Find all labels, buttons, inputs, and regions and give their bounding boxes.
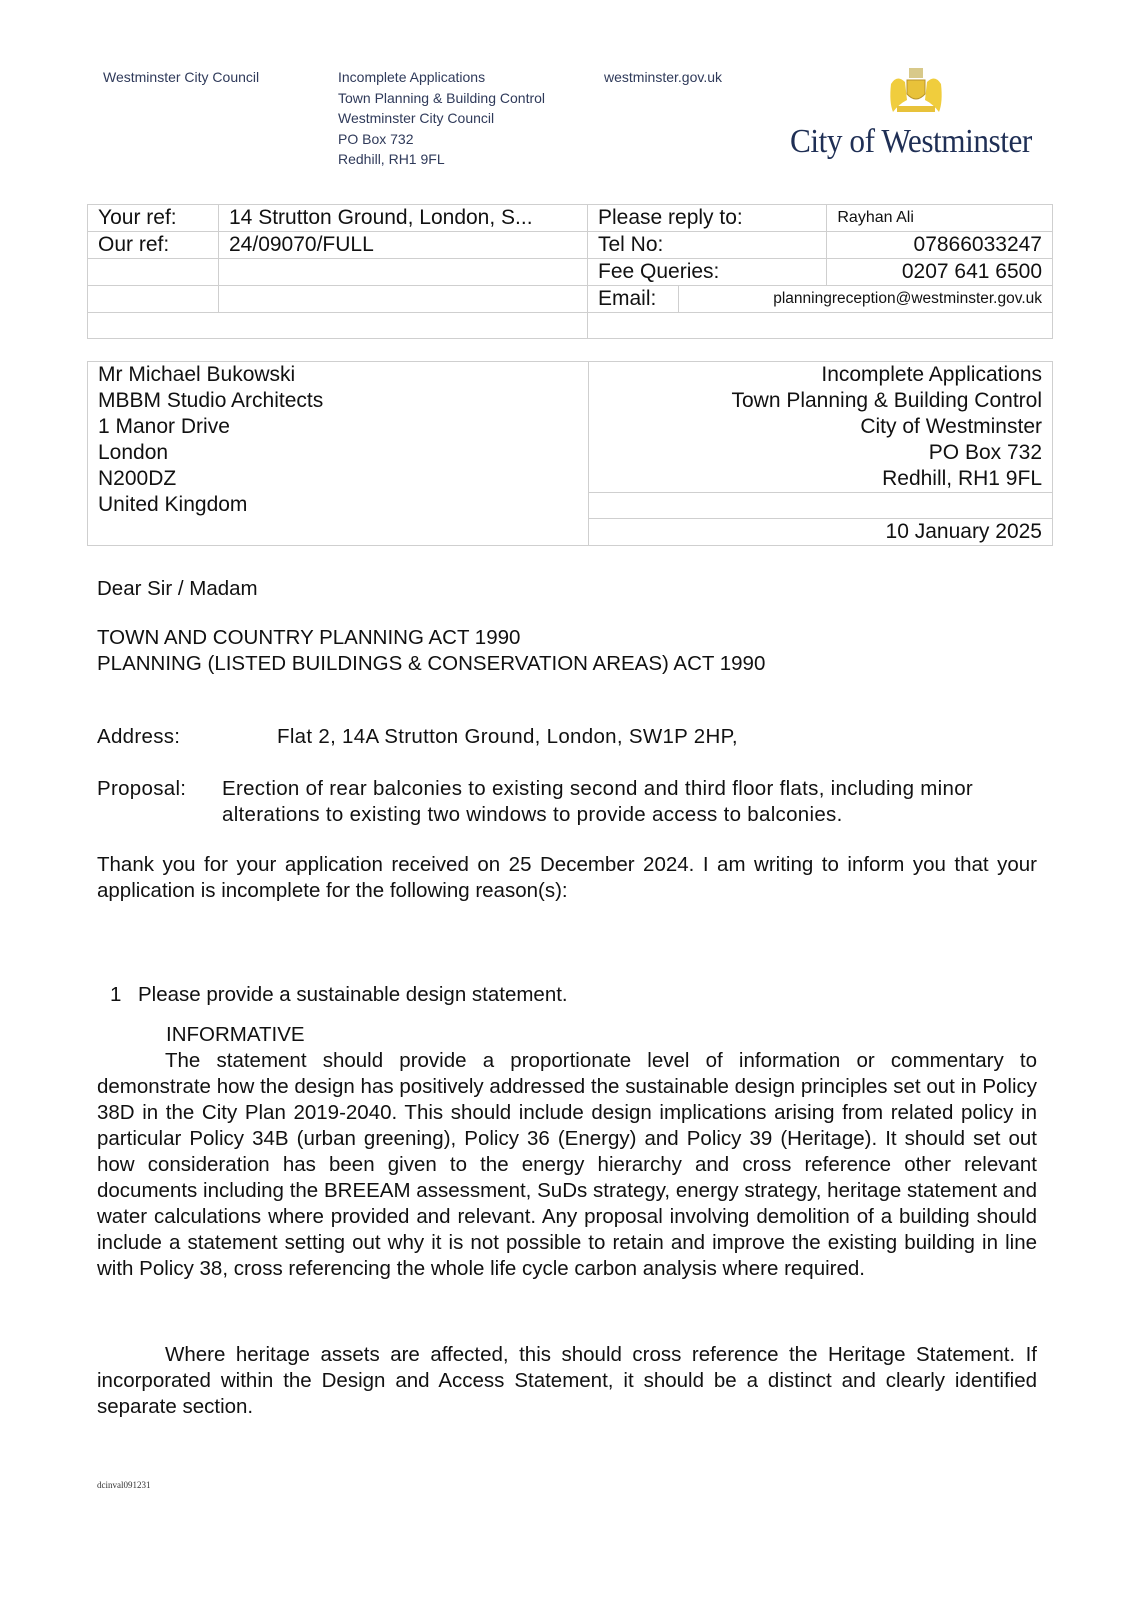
coat-of-arms-icon bbox=[885, 66, 947, 116]
return-address-line: Redhill, RH1 9FL bbox=[338, 149, 545, 170]
your-ref-label: Your ref: bbox=[88, 205, 219, 232]
tel-label: Tel No: bbox=[588, 232, 827, 259]
recipient-line: United Kingdom bbox=[98, 492, 578, 518]
reply-to-label: Please reply to: bbox=[588, 205, 827, 232]
proposal-label: Proposal: bbox=[97, 776, 222, 828]
reason-text: Please provide a sustainable design stat… bbox=[138, 983, 568, 1006]
header-org: Westminster City Council bbox=[103, 67, 259, 88]
email-label: Email: bbox=[588, 286, 679, 313]
recipient-line: London bbox=[98, 440, 578, 466]
recipient-address: Mr Michael Bukowski MBBM Studio Architec… bbox=[88, 362, 589, 546]
letter-date: 10 January 2025 bbox=[589, 519, 1053, 546]
sender-line: Redhill, RH1 9FL bbox=[599, 466, 1042, 492]
reply-to-value: Rayhan Ali bbox=[827, 205, 1053, 232]
recipient-line: N200DZ bbox=[98, 466, 578, 492]
site-address: Address:Flat 2, 14A Strutton Ground, Lon… bbox=[97, 724, 1037, 750]
your-ref-value: 14 Strutton Ground, London, S... bbox=[219, 205, 588, 232]
reason-number: 1 bbox=[110, 982, 138, 1008]
footer-code: dcinval091231 bbox=[97, 1480, 151, 1490]
fee-queries-value: 0207 641 6500 bbox=[827, 259, 1053, 286]
recipient-line: Mr Michael Bukowski bbox=[98, 362, 578, 388]
our-ref-value: 24/09070/FULL bbox=[219, 232, 588, 259]
reason-item: 1Please provide a sustainable design sta… bbox=[110, 982, 1050, 1008]
proposal-value: Erection of rear balconies to existing s… bbox=[222, 776, 1037, 828]
fee-queries-label: Fee Queries: bbox=[588, 259, 827, 286]
proposal: Proposal: Erection of rear balconies to … bbox=[97, 776, 1037, 828]
header-return-address: Incomplete Applications Town Planning & … bbox=[338, 67, 545, 170]
tel-value: 07866033247 bbox=[827, 232, 1053, 259]
informative-paragraph: The statement should provide a proportio… bbox=[97, 1048, 1037, 1282]
act-line: PLANNING (LISTED BUILDINGS & CONSERVATIO… bbox=[97, 651, 1037, 677]
header-website: westminster.gov.uk bbox=[604, 67, 722, 88]
act-line: TOWN AND COUNTRY PLANNING ACT 1990 bbox=[97, 625, 1037, 651]
brand-wordmark: City of Westminster bbox=[790, 123, 1032, 161]
return-address-line: Town Planning & Building Control bbox=[338, 88, 545, 109]
sender-line: Town Planning & Building Control bbox=[599, 388, 1042, 414]
sender-line: City of Westminster bbox=[599, 414, 1042, 440]
site-address-value: Flat 2, 14A Strutton Ground, London, SW1… bbox=[277, 725, 738, 748]
return-address-line: PO Box 732 bbox=[338, 129, 545, 150]
sender-line: Incomplete Applications bbox=[599, 362, 1042, 388]
recipient-line: 1 Manor Drive bbox=[98, 414, 578, 440]
our-ref-label: Our ref: bbox=[88, 232, 219, 259]
site-address-label: Address: bbox=[97, 724, 277, 750]
intro-paragraph: Thank you for your application received … bbox=[97, 852, 1037, 904]
return-address-line: Incomplete Applications bbox=[338, 67, 545, 88]
return-address-line: Westminster City Council bbox=[338, 108, 545, 129]
informative-heading: INFORMATIVE bbox=[166, 1022, 1106, 1048]
salutation: Dear Sir / Madam bbox=[97, 576, 1037, 602]
informative-paragraph: Where heritage assets are affected, this… bbox=[97, 1342, 1037, 1420]
reference-table: Your ref: 14 Strutton Ground, London, S.… bbox=[87, 204, 1053, 339]
recipient-line: MBBM Studio Architects bbox=[98, 388, 578, 414]
acts-heading: TOWN AND COUNTRY PLANNING ACT 1990 PLANN… bbox=[97, 625, 1037, 677]
sender-address: Incomplete Applications Town Planning & … bbox=[589, 362, 1053, 493]
sender-line: PO Box 732 bbox=[599, 440, 1042, 466]
address-block: Mr Michael Bukowski MBBM Studio Architec… bbox=[87, 361, 1053, 546]
email-value[interactable]: planningreception@westminster.gov.uk bbox=[679, 286, 1053, 313]
